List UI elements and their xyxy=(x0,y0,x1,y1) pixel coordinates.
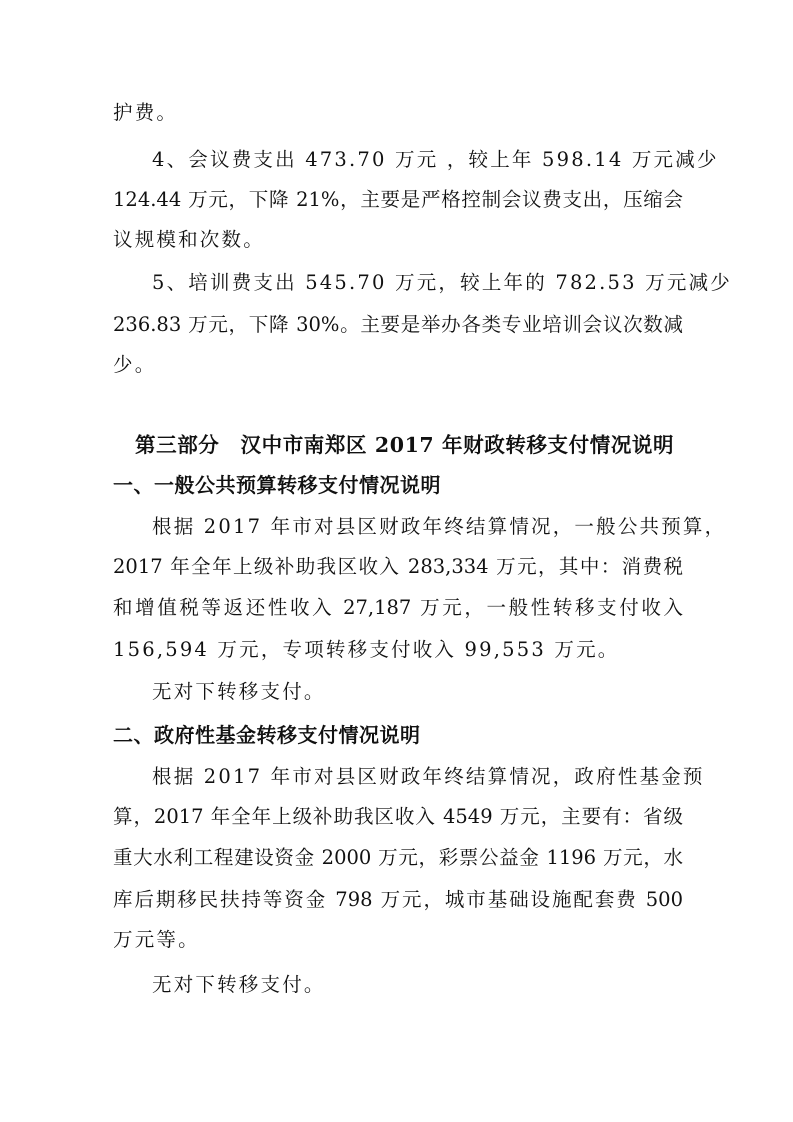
paragraph-line: 万元等。 xyxy=(113,926,683,954)
part-3-title: 第三部分 汉中市南郑区 2017 年财政转移支付情况说明 xyxy=(135,431,674,459)
paragraph-line: 2017 年全年上级补助我区收入 283,334 万元，其中：消费税 xyxy=(113,553,683,581)
section-1-heading: 一、一般公共预算转移支付情况说明 xyxy=(113,471,441,499)
continuation-text: 护费。 xyxy=(113,99,683,127)
paragraph-line: 重大水利工程建设资金 2000 万元，彩票公益金 1196 万元，水 xyxy=(113,844,683,872)
paragraph-line: 议规模和次数。 xyxy=(113,226,683,254)
paragraph-line: 5、培训费支出 545.70 万元，较上年的 782.53 万元减少 xyxy=(152,269,683,297)
section-2-heading: 二、政府性基金转移支付情况说明 xyxy=(113,721,421,749)
paragraph-line: 124.44 万元，下降 21%，主要是严格控制会议费支出，压缩会 xyxy=(113,186,683,214)
paragraph-line: 算，2017 年全年上级补助我区收入 4549 万元，主要有：省级 xyxy=(113,803,683,831)
paragraph-line: 156,594 万元，专项转移支付收入 99,553 万元。 xyxy=(113,636,683,664)
paragraph-line: 4、会议费支出 473.70 万元 ，较上年 598.14 万元减少 xyxy=(152,146,683,174)
paragraph-line: 236.83 万元，下降 30%。主要是举办各类专业培训会议次数减 xyxy=(113,311,683,339)
paragraph-line: 少。 xyxy=(113,351,683,379)
no-downward-transfer-note: 无对下转移支付。 xyxy=(152,971,722,999)
paragraph-line: 根据 2017 年市对县区财政年终结算情况，一般公共预算， xyxy=(152,513,683,541)
paragraph-line: 库后期移民扶持等资金 798 万元，城市基础设施配套费 500 xyxy=(113,886,683,914)
paragraph-line: 和增值税等返还性收入 27,187 万元，一般性转移支付收入 xyxy=(113,594,683,622)
paragraph-line: 根据 2017 年市对县区财政年终结算情况，政府性基金预 xyxy=(152,763,683,791)
no-downward-transfer-note: 无对下转移支付。 xyxy=(152,678,722,706)
